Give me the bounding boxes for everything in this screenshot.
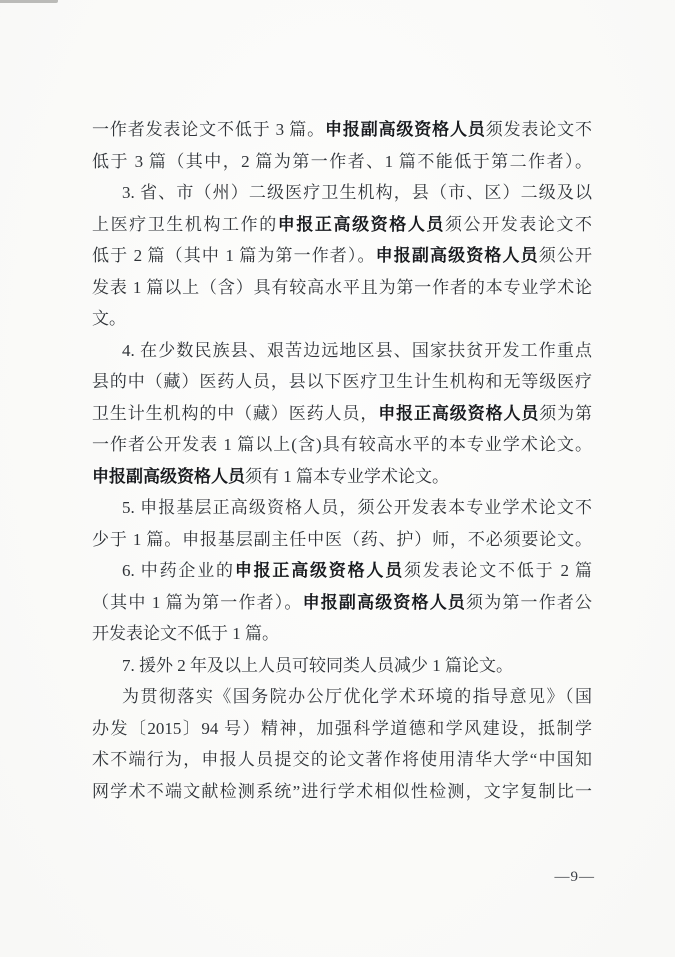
text-line: 低于 3 篇（其中，2 篇为第一作者、1 篇不能低于第二作者）。 [92,146,592,178]
text-run: 须公开 [539,246,592,265]
text-run: 县的中（藏）医药人员，县以下医疗卫生计生机构和无等级医疗 [92,372,592,391]
bold-text-run: 申报副高级资格人员 [376,246,539,265]
text-run: 低于 3 篇（其中，2 篇为第一作者、1 篇不能低于第二作者）。 [92,152,592,171]
text-run: 上医疗卫生机构工作的 [92,215,278,234]
text-line: 4. 在少数民族县、艰苦边远地区县、国家扶贫开发工作重点 [92,335,592,367]
bold-text-run: 申报副高级资格人员 [92,467,245,486]
text-run: 低于 2 篇（其中 1 篇为第一作者）。 [92,246,376,265]
text-run: 须公开发表论文不 [445,215,592,234]
text-block: 一作者发表论文不低于 3 篇。申报副高级资格人员须发表论文不低于 3 篇（其中，… [92,114,592,807]
text-line: 文。 [92,303,592,335]
text-line: 一作者公开发表 1 篇以上(含)具有较高水平的本专业学术论文。 [92,429,592,461]
text-run: 为贯彻落实《国务院办公厅优化学术环境的指导意见》（国 [122,687,592,706]
text-run: 发表 1 篇以上（含）具有较高水平且为第一作者的本专业学术论 [92,278,592,297]
text-run: 开发表论文不低于 1 篇。 [92,624,279,643]
text-run: 须发表论文不低于 2 篇 [404,561,592,580]
text-run: 5. 申报基层正高级资格人员，须公开发表本专业学术论文不 [122,498,592,517]
bold-text-run: 申报正高级资格人员 [278,215,445,234]
text-line: 低于 2 篇（其中 1 篇为第一作者）。申报副高级资格人员须公开 [92,240,592,272]
text-run: 少于 1 篇。申报基层副主任中医（药、护）师，不必须要论文。 [92,530,592,549]
text-run: 网学术不端文献检测系统”进行学术相似性检测，文字复制比一 [92,782,592,801]
bold-text-run: 申报副高级资格人员 [303,593,466,612]
text-line: 3. 省、市（州）二级医疗卫生机构，县（市、区）二级及以 [92,177,592,209]
bold-text-run: 申报正高级资格人员 [378,404,539,423]
text-line: 少于 1 篇。申报基层副主任中医（药、护）师，不必须要论文。 [92,524,592,556]
text-run: 须为第 [539,404,592,423]
text-run: 一作者发表论文不低于 3 篇。 [92,120,325,139]
text-line: 发表 1 篇以上（含）具有较高水平且为第一作者的本专业学术论 [92,272,592,304]
text-run: 3. 省、市（州）二级医疗卫生机构，县（市、区）二级及以 [122,183,592,202]
text-run: 7. 援外 2 年及以上人员可较同类人员减少 1 篇论文。 [122,656,513,675]
text-line: 5. 申报基层正高级资格人员，须公开发表本专业学术论文不 [92,492,592,524]
text-run: 4. 在少数民族县、艰苦边远地区县、国家扶贫开发工作重点 [122,341,592,360]
text-line: 申报副高级资格人员须有 1 篇本专业学术论文。 [92,461,592,493]
text-run: 卫生计生机构的中（藏）医药人员， [92,404,378,423]
text-run: 须发表论文不 [486,120,592,139]
text-run: 术不端行为，申报人员提交的论文著作将使用清华大学“中国知 [92,750,592,769]
text-line: 上医疗卫生机构工作的申报正高级资格人员须公开发表论文不 [92,209,592,241]
text-run: 6. 中药企业的 [122,561,235,580]
page-number: —9— [555,869,596,886]
text-line: 术不端行为，申报人员提交的论文著作将使用清华大学“中国知 [92,744,592,776]
text-line: 网学术不端文献检测系统”进行学术相似性检测，文字复制比一 [92,776,592,808]
text-run: 文。 [92,309,126,328]
text-run: 须为第一作者公 [466,593,592,612]
scan-edge-artifact [0,0,58,3]
text-line: 为贯彻落实《国务院办公厅优化学术环境的指导意见》（国 [92,681,592,713]
bold-text-run: 申报副高级资格人员 [325,120,486,139]
text-run: 须有 1 篇本专业学术论文。 [245,467,449,486]
text-line: 一作者发表论文不低于 3 篇。申报副高级资格人员须发表论文不 [92,114,592,146]
text-line: 开发表论文不低于 1 篇。 [92,618,592,650]
text-line: 县的中（藏）医药人员，县以下医疗卫生计生机构和无等级医疗 [92,366,592,398]
text-line: 卫生计生机构的中（藏）医药人员，申报正高级资格人员须为第 [92,398,592,430]
text-line: 6. 中药企业的申报正高级资格人员须发表论文不低于 2 篇 [92,555,592,587]
text-line: 办发〔2015〕94 号）精神，加强科学道德和学风建设，抵制学 [92,713,592,745]
text-line: （其中 1 篇为第一作者）。申报副高级资格人员须为第一作者公 [92,587,592,619]
scanned-document-page: 一作者发表论文不低于 3 篇。申报副高级资格人员须发表论文不低于 3 篇（其中，… [0,0,675,957]
text-run: 办发〔2015〕94 号）精神，加强科学道德和学风建设，抵制学 [92,719,592,738]
text-line: 7. 援外 2 年及以上人员可较同类人员减少 1 篇论文。 [92,650,592,682]
bold-text-run: 申报正高级资格人员 [235,561,404,580]
text-run: 一作者公开发表 1 篇以上(含)具有较高水平的本专业学术论文。 [92,435,592,454]
text-run: （其中 1 篇为第一作者）。 [92,593,303,612]
